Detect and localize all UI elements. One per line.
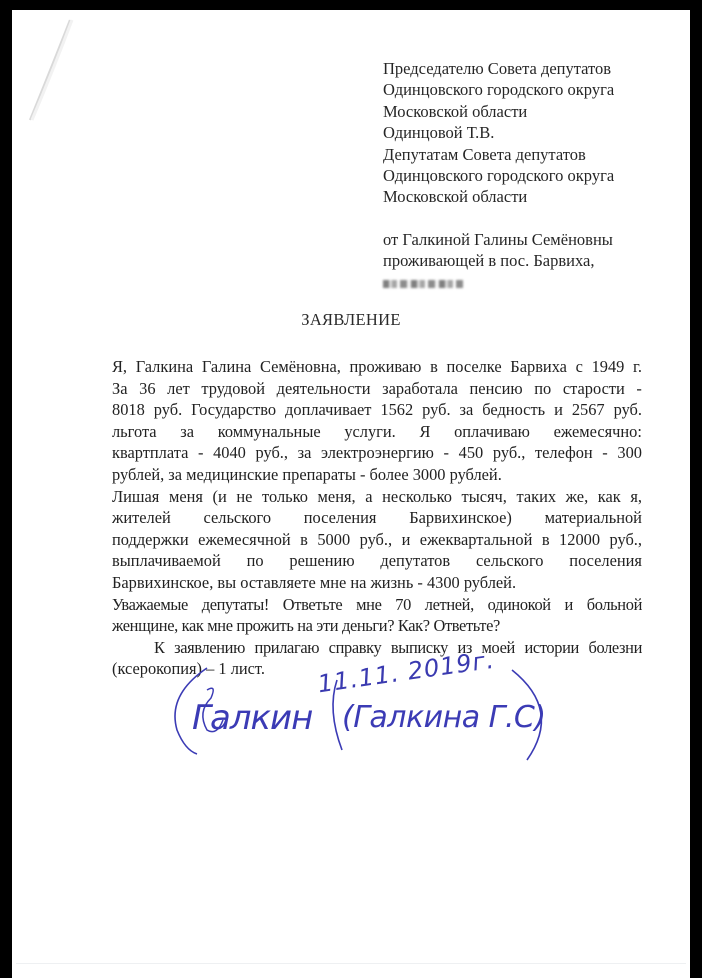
word: лет [167, 378, 190, 400]
addressee-line: Московской области [383, 101, 683, 122]
word: решению [289, 550, 354, 572]
spacer [383, 208, 683, 229]
word: Барвихинское) [409, 507, 512, 529]
body-line: женщине, как мне прожить на эти деньги? … [112, 615, 642, 637]
body-line: 8018 руб. Государство доплачивает 1562 р… [112, 399, 642, 421]
word: - [636, 378, 641, 400]
body-line: За 36 лет трудовой деятельности заработа… [112, 378, 642, 400]
word: оплачиваю [454, 421, 530, 443]
body-line: Лишая меня (и не только меня, а нескольк… [112, 486, 642, 508]
redacted-address [383, 272, 683, 293]
handwritten-name: (Галкина Г.С) [342, 700, 546, 735]
word: выплачиваемой [112, 550, 221, 572]
document-title: ЗАЯВЛЕНИЕ [12, 310, 690, 330]
word: 36 [139, 378, 155, 400]
body-line-spaced: льгота за коммунальные услуги. Я оплачив… [112, 421, 642, 443]
addressee-line: Одинцовой Т.В. [383, 122, 683, 143]
word: за [180, 421, 194, 443]
word: Я [419, 421, 430, 443]
word: старости [563, 378, 625, 400]
handwritten-signature: Галкин [192, 698, 312, 738]
word: коммунальные [218, 421, 321, 443]
body-line-spaced: выплачиваемой по решению депутатов сельс… [112, 550, 642, 572]
body-line: Барвихинское, вы оставляете мне на жизнь… [112, 572, 642, 594]
word: пенсию [470, 378, 523, 400]
addressee-line: Председателю Совета депутатов [383, 58, 683, 79]
fold-mark [20, 16, 80, 126]
addressee-line: Московской области [383, 186, 683, 207]
word: депутатов [380, 550, 450, 572]
addressee-line: Одинцовского городского округа [383, 165, 683, 186]
body-line-spaced: жителей сельского поселения Барвихинское… [112, 507, 642, 529]
body-line: Уважаемые депутаты! Ответьте мне 70 летн… [112, 594, 642, 616]
word: заработала [382, 378, 458, 400]
document-page: Председателю Совета депутатов Одинцовско… [12, 10, 690, 978]
word: жителей [112, 507, 171, 529]
addressee-block: Председателю Совета депутатов Одинцовско… [383, 58, 683, 293]
word: услуги. [344, 421, 395, 443]
word: сельского [476, 550, 544, 572]
body-line: поддержки ежемесячной в 5000 руб., и еже… [112, 529, 642, 551]
word: льгота [112, 421, 157, 443]
body-line: Я, Галкина Галина Семёновна, проживаю в … [112, 356, 642, 378]
word: ежемесячно: [554, 421, 642, 443]
word: материальной [545, 507, 642, 529]
addressee-line: Одинцовского городского округа [383, 79, 683, 100]
addressee-line: Депутатам Совета депутатов [383, 144, 683, 165]
word: За [112, 378, 128, 400]
word: поселения [569, 550, 642, 572]
redaction-blur [383, 280, 463, 288]
statement-body: Я, Галкина Галина Семёновна, проживаю в … [112, 356, 642, 680]
word: сельского [204, 507, 272, 529]
page-edge-line [16, 963, 686, 964]
word: трудовой [201, 378, 265, 400]
word: поселения [304, 507, 377, 529]
word: по [247, 550, 264, 572]
sender-line: от Галкиной Галины Семёновны [383, 229, 683, 250]
sender-line: проживающей в пос. Барвиха, [383, 250, 683, 271]
body-line: рублей, за медицинские препараты - более… [112, 464, 642, 486]
body-line: квартплата - 4040 руб., за электроэнерги… [112, 442, 642, 464]
word: по [534, 378, 551, 400]
word: деятельности [277, 378, 371, 400]
